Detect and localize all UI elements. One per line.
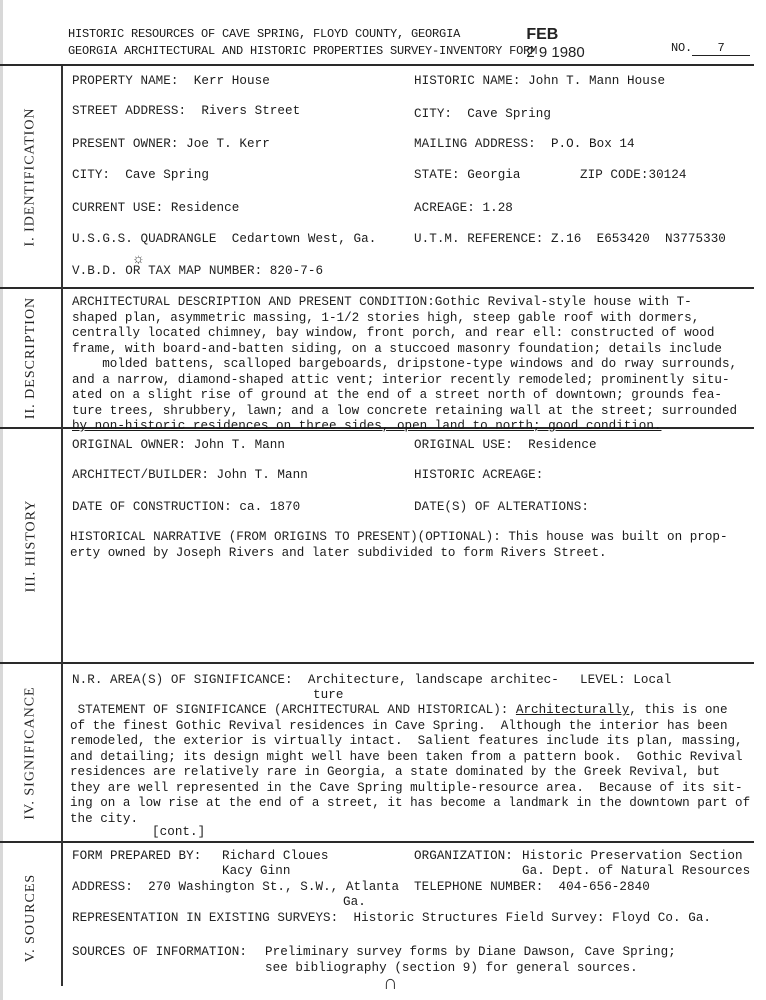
divider-significance bbox=[0, 841, 754, 843]
scan-edge bbox=[0, 0, 3, 1000]
acreage-field: ACREAGE: 1.28 bbox=[414, 201, 513, 215]
divider-history bbox=[0, 662, 754, 664]
number-label: NO. bbox=[671, 41, 692, 55]
street-address-field: STREET ADDRESS: Rivers Street bbox=[72, 104, 300, 118]
tax-map-number-field: V.B.D. OR TAX MAP NUMBER: 820-7-6 bbox=[72, 264, 323, 278]
architectural-description: ARCHITECTURAL DESCRIPTION AND PRESENT CO… bbox=[72, 295, 752, 435]
organization-label: ORGANIZATION: bbox=[414, 849, 513, 863]
date-of-construction-field: DATE OF CONSTRUCTION: ca. 1870 bbox=[72, 500, 300, 514]
dates-of-alterations-field: DATE(S) OF ALTERATIONS: bbox=[414, 500, 589, 514]
form-number: NO.7 bbox=[657, 27, 750, 56]
representation-field: REPRESENTATION IN EXISTING SURVEYS: Hist… bbox=[72, 911, 711, 925]
original-owner-field: ORIGINAL OWNER: John T. Mann bbox=[72, 438, 285, 452]
section-label-identification: I. IDENTIFICATION bbox=[14, 66, 48, 287]
organization-line-1: Historic Preservation Section bbox=[522, 849, 743, 863]
mailing-address-field: MAILING ADDRESS: P.O. Box 14 bbox=[414, 137, 635, 151]
city-field: CITY: Cave Spring bbox=[72, 168, 209, 182]
address-field: ADDRESS: 270 Washington St., S.W., Atlan… bbox=[72, 880, 399, 894]
original-use-field: ORIGINAL USE: Residence bbox=[414, 438, 597, 452]
continued-note: [cont.] bbox=[152, 825, 205, 839]
section-label-sources: V. SOURCES bbox=[14, 843, 48, 993]
preparer-1: Richard Cloues bbox=[222, 849, 329, 863]
state-field: STATE: Georgia bbox=[414, 168, 521, 182]
section-label-significance: IV. SIGNIFICANCE bbox=[14, 664, 48, 841]
number-value: 7 bbox=[692, 41, 750, 56]
organization-line-2: Ga. Dept. of Natural Resources bbox=[522, 864, 750, 878]
handwritten-mark: ☼ bbox=[132, 252, 145, 268]
statement-of-significance: STATEMENT OF SIGNIFICANCE (ARCHITECTURAL… bbox=[70, 703, 750, 827]
sources-of-information-label: SOURCES OF INFORMATION: bbox=[72, 945, 247, 959]
architect-builder-field: ARCHITECT/BUILDER: John T. Mann bbox=[72, 468, 308, 482]
date-stamp: FEB 2 9 1980 bbox=[518, 9, 585, 61]
handwritten-page-mark: ∩ bbox=[383, 972, 397, 995]
form-prepared-by-label: FORM PREPARED BY: bbox=[72, 849, 201, 863]
sources-line-1: Preliminary survey forms by Diane Dawson… bbox=[265, 945, 676, 959]
address-state: Ga. bbox=[343, 895, 366, 909]
nr-areas-of-significance: N.R. AREA(S) OF SIGNIFICANCE: Architectu… bbox=[72, 673, 559, 687]
divider-identification bbox=[0, 287, 754, 289]
property-name-field: PROPERTY NAME: Kerr House bbox=[72, 74, 270, 88]
usgs-quadrangle-field: U.S.G.S. QUADRANGLE Cedartown West, Ga. bbox=[72, 232, 376, 246]
form-title: GEORGIA ARCHITECTURAL AND HISTORIC PROPE… bbox=[68, 44, 537, 58]
telephone-field: TELEPHONE NUMBER: 404-656-2840 bbox=[414, 880, 650, 894]
survey-title: HISTORIC RESOURCES OF CAVE SPRING, FLOYD… bbox=[68, 27, 460, 41]
current-use-field: CURRENT USE: Residence bbox=[72, 201, 239, 215]
stamp-month: FEB bbox=[526, 26, 558, 43]
divider-top bbox=[0, 64, 754, 66]
preparer-2: Kacy Ginn bbox=[222, 864, 290, 878]
stamp-date: 2 9 1980 bbox=[526, 44, 584, 61]
historic-acreage-field: HISTORIC ACREAGE: bbox=[414, 468, 543, 482]
section-label-description: II. DESCRIPTION bbox=[14, 289, 48, 427]
sources-line-2: see bibliography (section 9) for general… bbox=[265, 961, 638, 975]
city-right-field: CITY: Cave Spring bbox=[414, 107, 551, 121]
present-owner-field: PRESENT OWNER: Joe T. Kerr bbox=[72, 137, 270, 151]
historical-narrative: HISTORICAL NARRATIVE (FROM ORIGINS TO PR… bbox=[70, 530, 750, 561]
utm-reference-field: U.T.M. REFERENCE: Z.16 E653420 N3775330 bbox=[414, 232, 726, 246]
historic-name-field: HISTORIC NAME: John T. Mann House bbox=[414, 74, 665, 88]
nr-areas-continuation: ture bbox=[313, 688, 343, 702]
level-field: LEVEL: Local bbox=[580, 673, 671, 687]
section-label-history: III. HISTORY bbox=[14, 429, 48, 662]
section-label-divider bbox=[61, 66, 63, 986]
zip-code-field: ZIP CODE:30124 bbox=[580, 168, 687, 182]
